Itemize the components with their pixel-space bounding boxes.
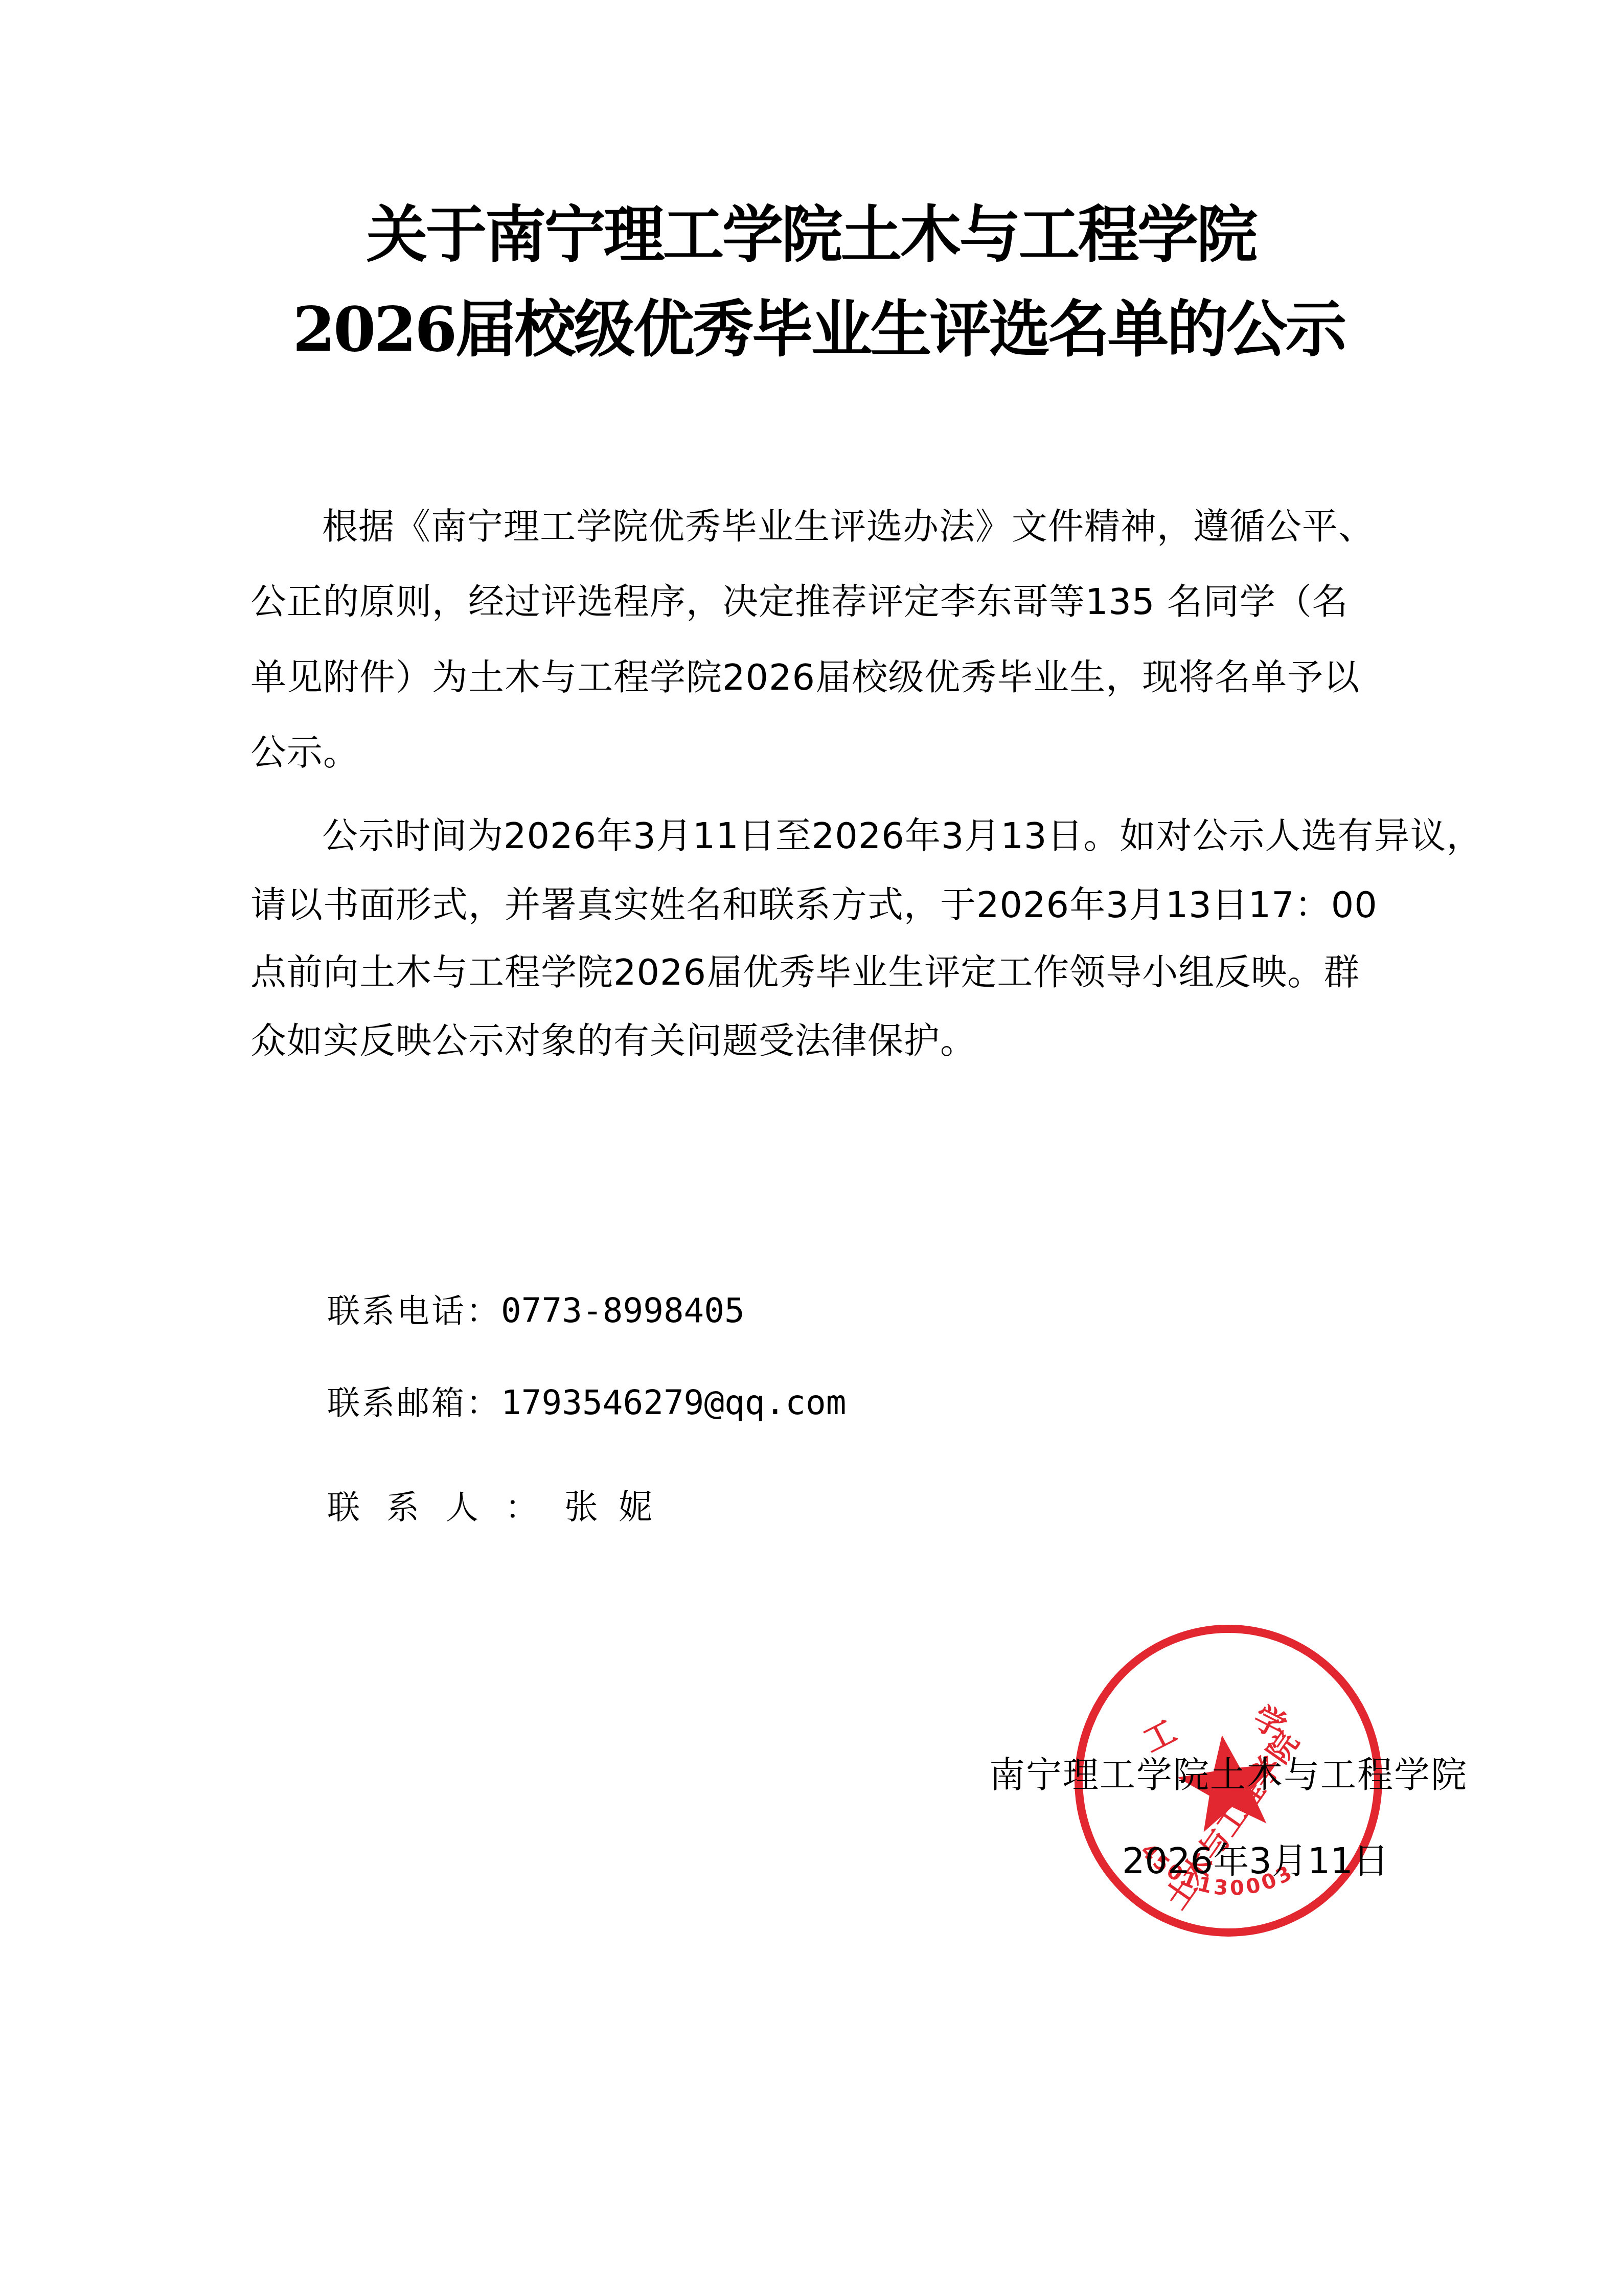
paragraph-1-line-1: 根据《南宁理工学院优秀毕业生评选办法》文件精神，遵循公平、 [322,506,1375,547]
contact-phone-label: 联系电话： [327,1292,501,1330]
contact-phone-value: 0773-8998405 [501,1291,745,1330]
paragraph-1-line-2: 公正的原则，经过评选程序，决定推荐评定李东哥等135 名同学（名 [250,581,1349,622]
contact-person-value: 张妮 [564,1487,673,1527]
paragraph-2-line-3: 点前向土木与工程学院2026届优秀毕业生评定工作领导小组反映。群 [250,952,1360,993]
contact-person-label: 联系人： [327,1489,564,1527]
contact-email-label: 联系邮箱： [327,1384,501,1422]
contact-email-value: 1793546279@qq.com [501,1383,847,1422]
paragraph-2-line-4: 众如实反映公示对象的有关问题受法律保护。 [250,1020,976,1061]
paragraph-2-line-1: 公示时间为2026年3月11日至2026年3月13日。如对公示人选有异议， [322,815,1483,856]
official-seal-stamp: 理 工 学 院 土木与工程学院 4501130003 [1073,1625,1383,1937]
document-title-line-1: 关于南宁理工学院土木与工程学院 [0,202,1622,268]
paragraph-2-line-2: 请以书面形式，并署真实姓名和联系方式，于2026年3月13日17：00 [250,884,1378,925]
paragraph-1-line-4: 公示。 [250,732,359,773]
contact-phone: 联系电话：0773-8998405 [327,1292,745,1330]
contact-person: 联系人：张妮 [327,1489,673,1526]
contact-email: 联系邮箱：1793546279@qq.com [327,1384,847,1422]
document-title-line-2: 2026届校级优秀毕业生评选名单的公示 [0,297,1622,363]
seal-icon: 理 工 学 院 土木与工程学院 4501130003 [1073,1625,1383,1937]
paragraph-1-line-3: 单见附件）为土木与工程学院2026届校级优秀毕业生，现将名单予以 [250,657,1360,698]
